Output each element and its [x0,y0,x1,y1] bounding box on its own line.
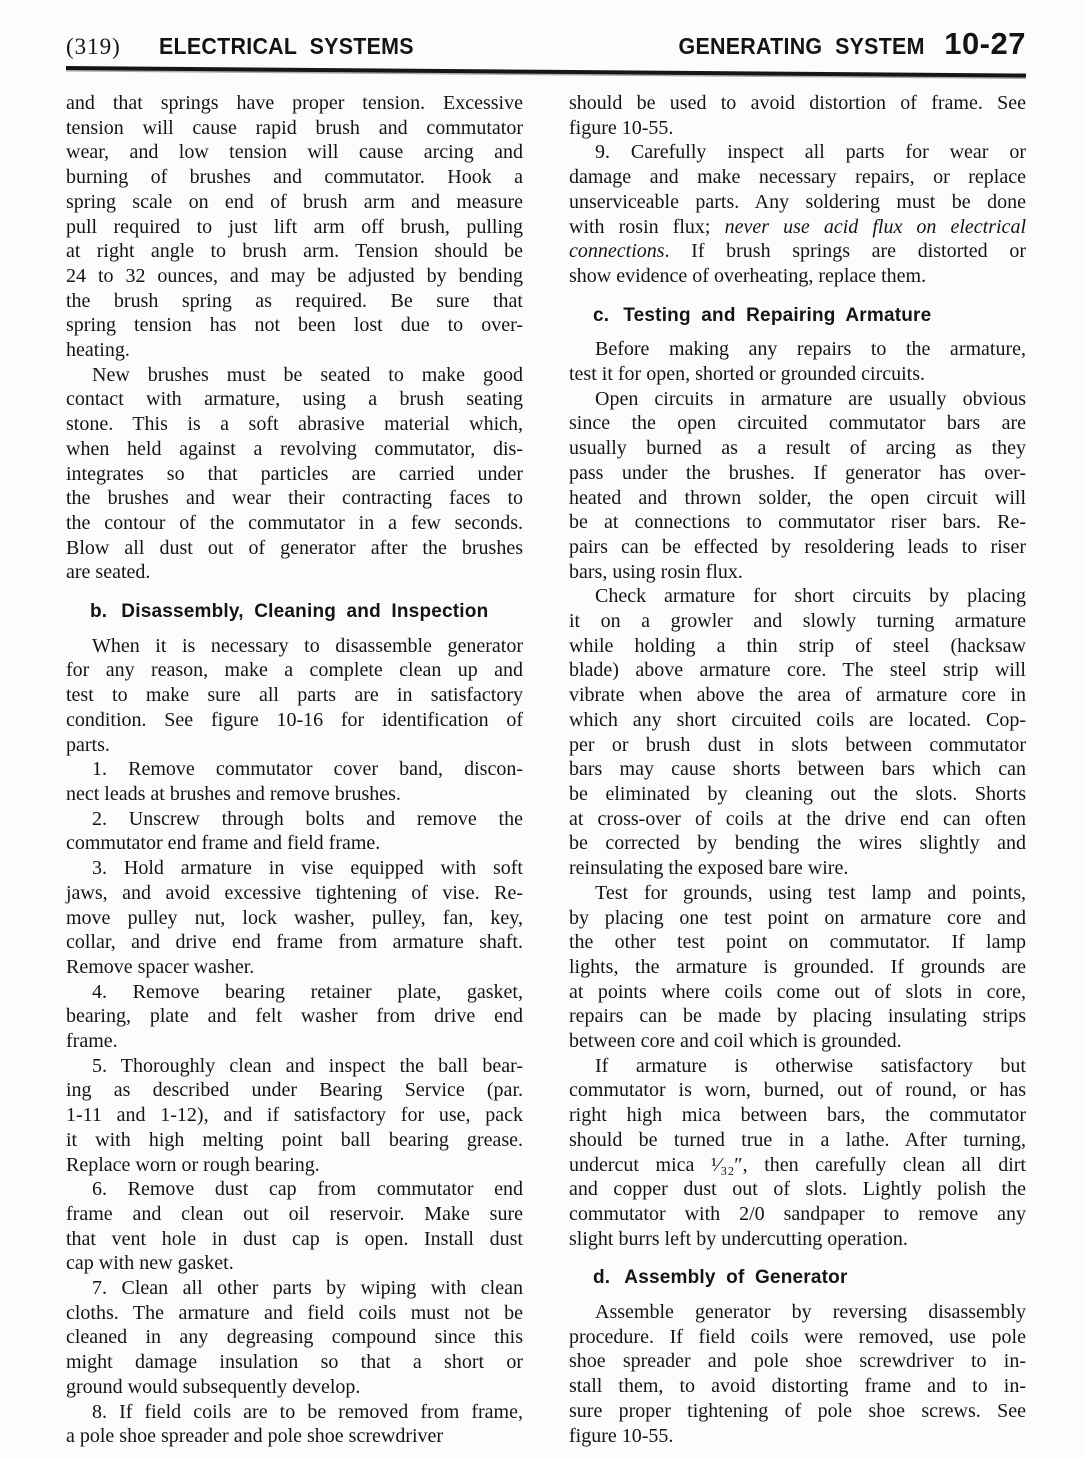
text-line: cleaned in any degreasing compound since… [66,1325,523,1350]
text-line: When it is necessary to disassemble gene… [66,634,523,659]
text-line: reinsulating the exposed bare wire. [569,856,1026,881]
text-line: 24 to 32 ounces, and may be adjusted by … [66,264,523,289]
text-line: 6. Remove dust cap from commutator end [66,1177,523,1202]
text-line: with rosin flux; never use acid flux on … [569,215,1026,240]
text-segment: . If brush springs are distorted or [665,240,1026,262]
text-line: figure 10-55. [569,116,1026,141]
text-line: per or brush dust in slots between commu… [569,733,1026,758]
text-line: Check armature for short circuits by pla… [569,584,1026,609]
paragraph: 6. Remove dust cap from commutator endfr… [66,1177,523,1276]
text-line: it on a growler and slowly turning armat… [569,609,1026,634]
text-line: the contour of the commutator in a few s… [66,511,523,536]
text-line: show evidence of overheating, replace th… [569,264,1026,289]
text-line: commutator end frame and field frame. [66,831,523,856]
paragraph: Check armature for short circuits by pla… [569,584,1026,880]
text-line: spring scale on end of brush arm and mea… [66,190,523,215]
text-line: stall them, to avoid distorting frame an… [569,1374,1026,1399]
paragraph: If armature is otherwise satisfactory bu… [569,1054,1026,1252]
text-line: slight burrs left by undercutting operat… [569,1227,1026,1252]
paragraph: Test for grounds, using test lamp and po… [569,881,1026,1054]
text-segment: never use acid flux on electrical [725,216,1026,238]
text-line: tension will cause rapid brush and commu… [66,116,523,141]
text-line: Before making any repairs to the armatur… [569,337,1026,362]
text-line: blade) above armature core. The steel st… [569,658,1026,683]
text-line: vibrate when above the area of armature … [569,683,1026,708]
text-line: contact with armature, using a brush sea… [66,387,523,412]
text-line: 7. Clean all other parts by wiping with … [66,1276,523,1301]
text-line: 8. If field coils are to be removed from… [66,1400,523,1425]
text-line: at points where coils come out of slots … [569,980,1026,1005]
paragraph: 9. Carefully inspect all parts for wear … [569,140,1026,288]
paragraph: New brushes must be seated to make goodc… [66,363,523,585]
section-heading: c.Testing and Repairing Armature [569,304,1026,329]
text-line: the brush spring as required. Be sure th… [66,289,523,314]
paragraph: 3. Hold armature in vise equipped with s… [66,856,523,980]
paragraph: Open circuits in armature are usually ob… [569,387,1026,585]
section-heading: d.Assembly of Generator [569,1266,1026,1291]
text-line: frame and clean out oil reservoir. Make … [66,1202,523,1227]
text-line: nect leads at brushes and remove brushes… [66,782,523,807]
text-line: commutator is worn, burned, out of round… [569,1078,1026,1103]
text-segment: with rosin flux; [569,216,725,238]
paragraph: When it is necessary to disassemble gene… [66,634,523,758]
heading-text: Assembly of Generator [624,1267,847,1288]
text-line: are seated. [66,560,523,585]
text-line: lights, the armature is grounded. If gro… [569,955,1026,980]
text-line: New brushes must be seated to make good [66,363,523,388]
text-line: If armature is otherwise satisfactory bu… [569,1054,1026,1079]
text-line: Remove spacer washer. [66,955,523,980]
text-line: should be used to avoid distortion of fr… [569,91,1026,116]
text-line: frame. [66,1029,523,1054]
text-line: shoe spreader and pole shoe screwdriver … [569,1349,1026,1374]
text-line: Assemble generator by reversing disassem… [569,1300,1026,1325]
text-line: should be turned true in a lathe. After … [569,1128,1026,1153]
header-left: (319) ELECTRICAL SYSTEMS [66,33,433,60]
text-line: connections. If brush springs are distor… [569,239,1026,264]
text-line: 4. Remove bearing retainer plate, gasket… [66,980,523,1005]
section-title: GENERATING SYSTEM [678,33,924,60]
text-line: be eliminated by cleaning out the slots.… [569,782,1026,807]
text-line: be corrected by bending the wires slight… [569,831,1026,856]
header-right: GENERATING SYSTEM 10-27 [660,26,1027,62]
heading-text: Disassembly, Cleaning and Inspection [121,601,488,622]
text-line: sure proper tightening of pole shoe scre… [569,1399,1026,1424]
page-reference: (319) [66,34,121,60]
text-line: the other test point on commutator. If l… [569,930,1026,955]
text-line: 2. Unscrew through bolts and remove the [66,807,523,832]
chapter-title: ELECTRICAL SYSTEMS [159,33,414,60]
text-line: Open circuits in armature are usually ob… [569,387,1026,412]
text-line: burning of brushes and commutator. Hook … [66,165,523,190]
section-heading: b.Disassembly, Cleaning and Inspection [66,600,523,625]
text-line: cap with new gasket. [66,1251,523,1276]
text-line: since the open circuited commutator bars… [569,411,1026,436]
text-line: between core and coil which is grounded. [569,1029,1026,1054]
paragraph: 7. Clean all other parts by wiping with … [66,1276,523,1400]
text-columns: and that springs have proper tension. Ex… [66,91,1026,1449]
text-line: test to make sure all parts are in satis… [66,683,523,708]
text-line: bars, using rosin flux. [569,560,1026,585]
paragraph: 2. Unscrew through bolts and remove thec… [66,807,523,856]
text-line: wear, and low tension will cause arcing … [66,140,523,165]
paragraph: 5. Thoroughly clean and inspect the ball… [66,1054,523,1178]
text-line: bearing, plate and felt washer from driv… [66,1004,523,1029]
text-line: right high mica between bars, the commut… [569,1103,1026,1128]
paragraph: and that springs have proper tension. Ex… [66,91,523,363]
text-line: 5. Thoroughly clean and inspect the ball… [66,1054,523,1079]
text-line: at right angle to brush arm. Tension sho… [66,239,523,264]
left-column: and that springs have proper tension. Ex… [66,91,523,1449]
text-line: move pulley nut, lock washer, pulley, fa… [66,906,523,931]
heading-text: Testing and Repairing Armature [623,305,931,326]
page-header: (319) ELECTRICAL SYSTEMS GENERATING SYST… [66,26,1026,62]
text-line: at cross-over of coils at the drive end … [569,807,1026,832]
text-line: integrates so that particles are carried… [66,462,523,487]
page-number: 10-27 [944,26,1026,62]
text-line: parts. [66,733,523,758]
text-line: undercut mica ¹⁄₃₂″, then carefully clea… [569,1153,1026,1178]
text-line: ing as described under Bearing Service (… [66,1078,523,1103]
text-line: collar, and drive end frame from armatur… [66,930,523,955]
text-line: usually burned as a result of arcing as … [569,436,1026,461]
text-line: 3. Hold armature in vise equipped with s… [66,856,523,881]
text-line: 1. Remove commutator cover band, discon- [66,757,523,782]
paragraph: Before making any repairs to the armatur… [569,337,1026,386]
text-line: stone. This is a soft abrasive material … [66,412,523,437]
text-line: Test for grounds, using test lamp and po… [569,881,1026,906]
text-line: repairs can be made by placing insulatin… [569,1004,1026,1029]
text-line: ground would subsequently develop. [66,1375,523,1400]
paragraph: should be used to avoid distortion of fr… [569,91,1026,140]
text-line: condition. See figure 10-16 for identifi… [66,708,523,733]
text-line: pull required to just lift arm off brush… [66,215,523,240]
text-line: be at connections to commutator riser ba… [569,510,1026,535]
heading-letter: c. [593,305,609,326]
text-line: 1-11 and 1-12), and if satisfactory for … [66,1103,523,1128]
text-line: pass under the brushes. If generator has… [569,461,1026,486]
text-line: test it for open, shorted or grounded ci… [569,362,1026,387]
header-rule [66,66,1026,78]
text-line: the brushes and wear their contracting f… [66,486,523,511]
text-line: cloths. The armature and field coils mus… [66,1301,523,1326]
text-line: 9. Carefully inspect all parts for wear … [569,140,1026,165]
heading-letter: d. [593,1267,610,1288]
text-line: pairs can be effected by resoldering lea… [569,535,1026,560]
text-line: heated and thrown solder, the open circu… [569,486,1026,511]
text-line: for any reason, make a complete clean up… [66,658,523,683]
text-line: Blow all dust out of generator after the… [66,536,523,561]
paragraph: 1. Remove commutator cover band, discon-… [66,757,523,806]
text-line: and copper dust out of slots. Lightly po… [569,1177,1026,1202]
text-line: it with high melting point ball bearing … [66,1128,523,1153]
heading-letter: b. [90,601,107,622]
text-line: figure 10-55. [569,1424,1026,1449]
text-line: while holding a thin strip of steel (hac… [569,634,1026,659]
right-column: should be used to avoid distortion of fr… [569,91,1026,1449]
text-line: unserviceable parts. Any soldering must … [569,190,1026,215]
text-line: jaws, and avoid excessive tightening of … [66,881,523,906]
text-line: that vent hole in dust cap is open. Inst… [66,1227,523,1252]
paragraph: Assemble generator by reversing disassem… [569,1300,1026,1448]
paragraph: 4. Remove bearing retainer plate, gasket… [66,980,523,1054]
paragraph: 8. If field coils are to be removed from… [66,1400,523,1449]
text-line: which any short circuited coils are loca… [569,708,1026,733]
text-segment: connections [569,240,665,262]
manual-page: (319) ELECTRICAL SYSTEMS GENERATING SYST… [0,0,1086,1458]
text-line: a pole shoe spreader and pole shoe screw… [66,1424,523,1449]
text-line: by placing one test point on armature co… [569,906,1026,931]
text-line: procedure. If field coils were removed, … [569,1325,1026,1350]
text-line: Replace worn or rough bearing. [66,1153,523,1178]
text-line: might damage insulation so that a short … [66,1350,523,1375]
text-line: bars may cause shorts between bars which… [569,757,1026,782]
text-line: damage and make necessary repairs, or re… [569,165,1026,190]
text-line: and that springs have proper tension. Ex… [66,91,523,116]
text-line: when held against a revolving commutator… [66,437,523,462]
text-line: spring tension has not been lost due to … [66,313,523,338]
text-line: commutator with 2/0 sandpaper to remove … [569,1202,1026,1227]
text-line: heating. [66,338,523,363]
